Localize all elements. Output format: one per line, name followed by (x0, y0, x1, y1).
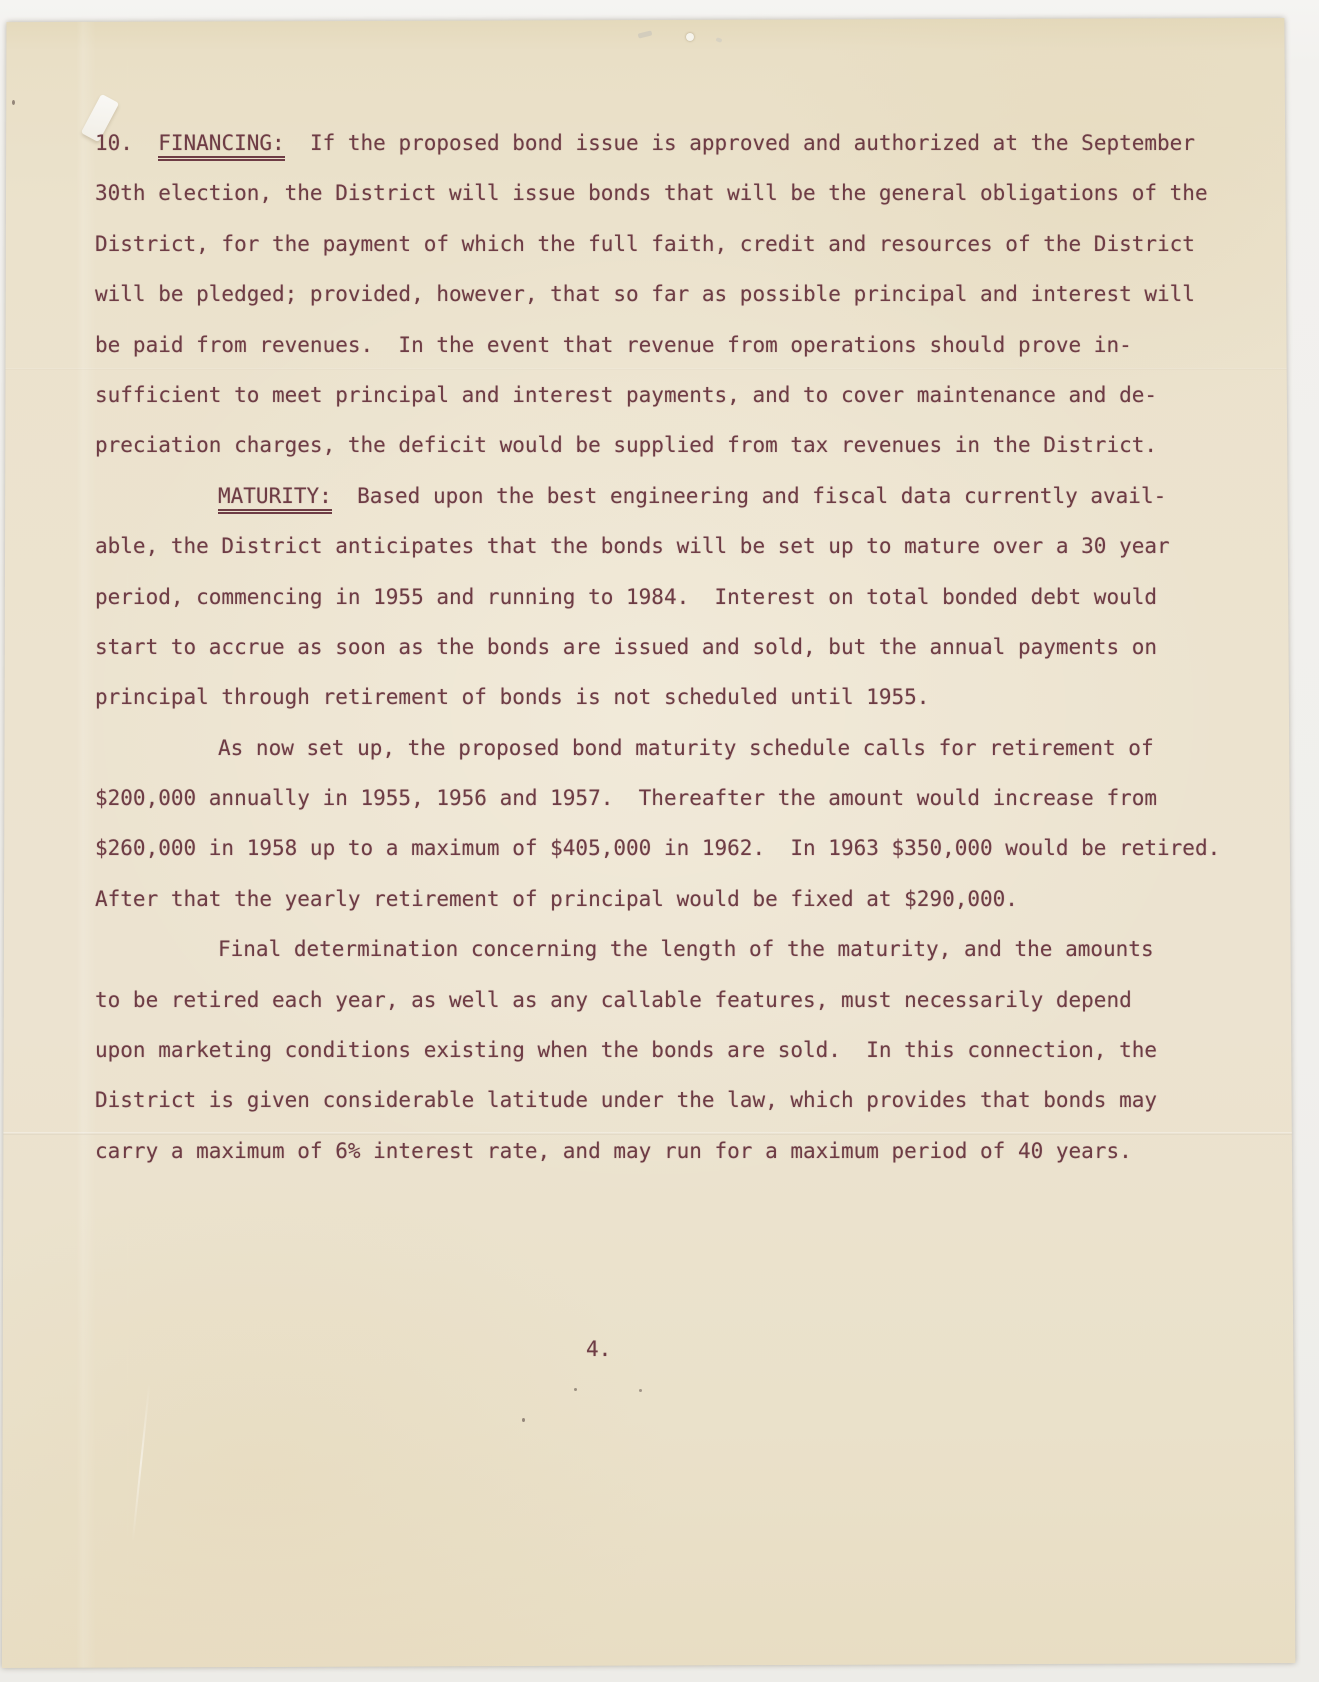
dust-speck (574, 1388, 577, 1391)
text-line: upon marketing conditions existing when … (95, 1025, 1235, 1075)
text-line: District is given considerable latitude … (95, 1075, 1235, 1125)
staple-mark (715, 37, 722, 43)
staple-mark (638, 30, 653, 38)
dust-speck (522, 1418, 525, 1422)
text-line: $200,000 annually in 1955, 1956 and 1957… (95, 773, 1235, 823)
text-line: preciation charges, the deficit would be… (95, 420, 1235, 470)
dust-speck (12, 100, 15, 105)
document-text: 10. FINANCING: If the proposed bond issu… (95, 118, 1235, 1176)
text-line-heading-maturity: MATURITY: Based upon the best engineerin… (95, 471, 1235, 521)
text-line: period, commencing in 1955 and running t… (95, 572, 1235, 622)
staple-hole (686, 33, 694, 41)
body-text: If the proposed bond issue is approved a… (285, 131, 1195, 155)
text-line: able, the District anticipates that the … (95, 521, 1235, 571)
section-gap (133, 131, 158, 155)
scanned-document: 10. FINANCING: If the proposed bond issu… (0, 0, 1319, 1682)
page-number: 4. (586, 1339, 611, 1360)
text-line: After that the yearly retirement of prin… (95, 874, 1235, 924)
dust-speck (639, 1389, 642, 1392)
text-line: 30th election, the District will issue b… (95, 168, 1235, 218)
paper-shadow-wrap: 10. FINANCING: If the proposed bond issu… (0, 0, 1319, 1682)
text-line: As now set up, the proposed bond maturit… (95, 723, 1235, 773)
document-page: 10. FINANCING: If the proposed bond issu… (0, 18, 1296, 1668)
text-line: be paid from revenues. In the event that… (95, 320, 1235, 370)
section-number: 10. (95, 131, 133, 155)
text-line: sufficient to meet principal and interes… (95, 370, 1235, 420)
text-line: $260,000 in 1958 up to a maximum of $405… (95, 823, 1235, 873)
text-line: start to accrue as soon as the bonds are… (95, 622, 1235, 672)
text-line: to be retired each year, as well as any … (95, 975, 1235, 1025)
text-line: Final determination concerning the lengt… (95, 924, 1235, 974)
text-line-heading-financing: 10. FINANCING: If the proposed bond issu… (95, 118, 1235, 168)
text-line: principal through retirement of bonds is… (95, 672, 1235, 722)
text-line: carry a maximum of 6% interest rate, and… (95, 1126, 1235, 1176)
paper-scratch (132, 1383, 151, 1542)
maturity-heading: MATURITY: (218, 484, 332, 514)
financing-heading: FINANCING: (158, 131, 284, 161)
body-text: Based upon the best engineering and fisc… (332, 484, 1166, 508)
text-line: will be pledged; provided, however, that… (95, 269, 1235, 319)
text-line: District, for the payment of which the f… (95, 219, 1235, 269)
